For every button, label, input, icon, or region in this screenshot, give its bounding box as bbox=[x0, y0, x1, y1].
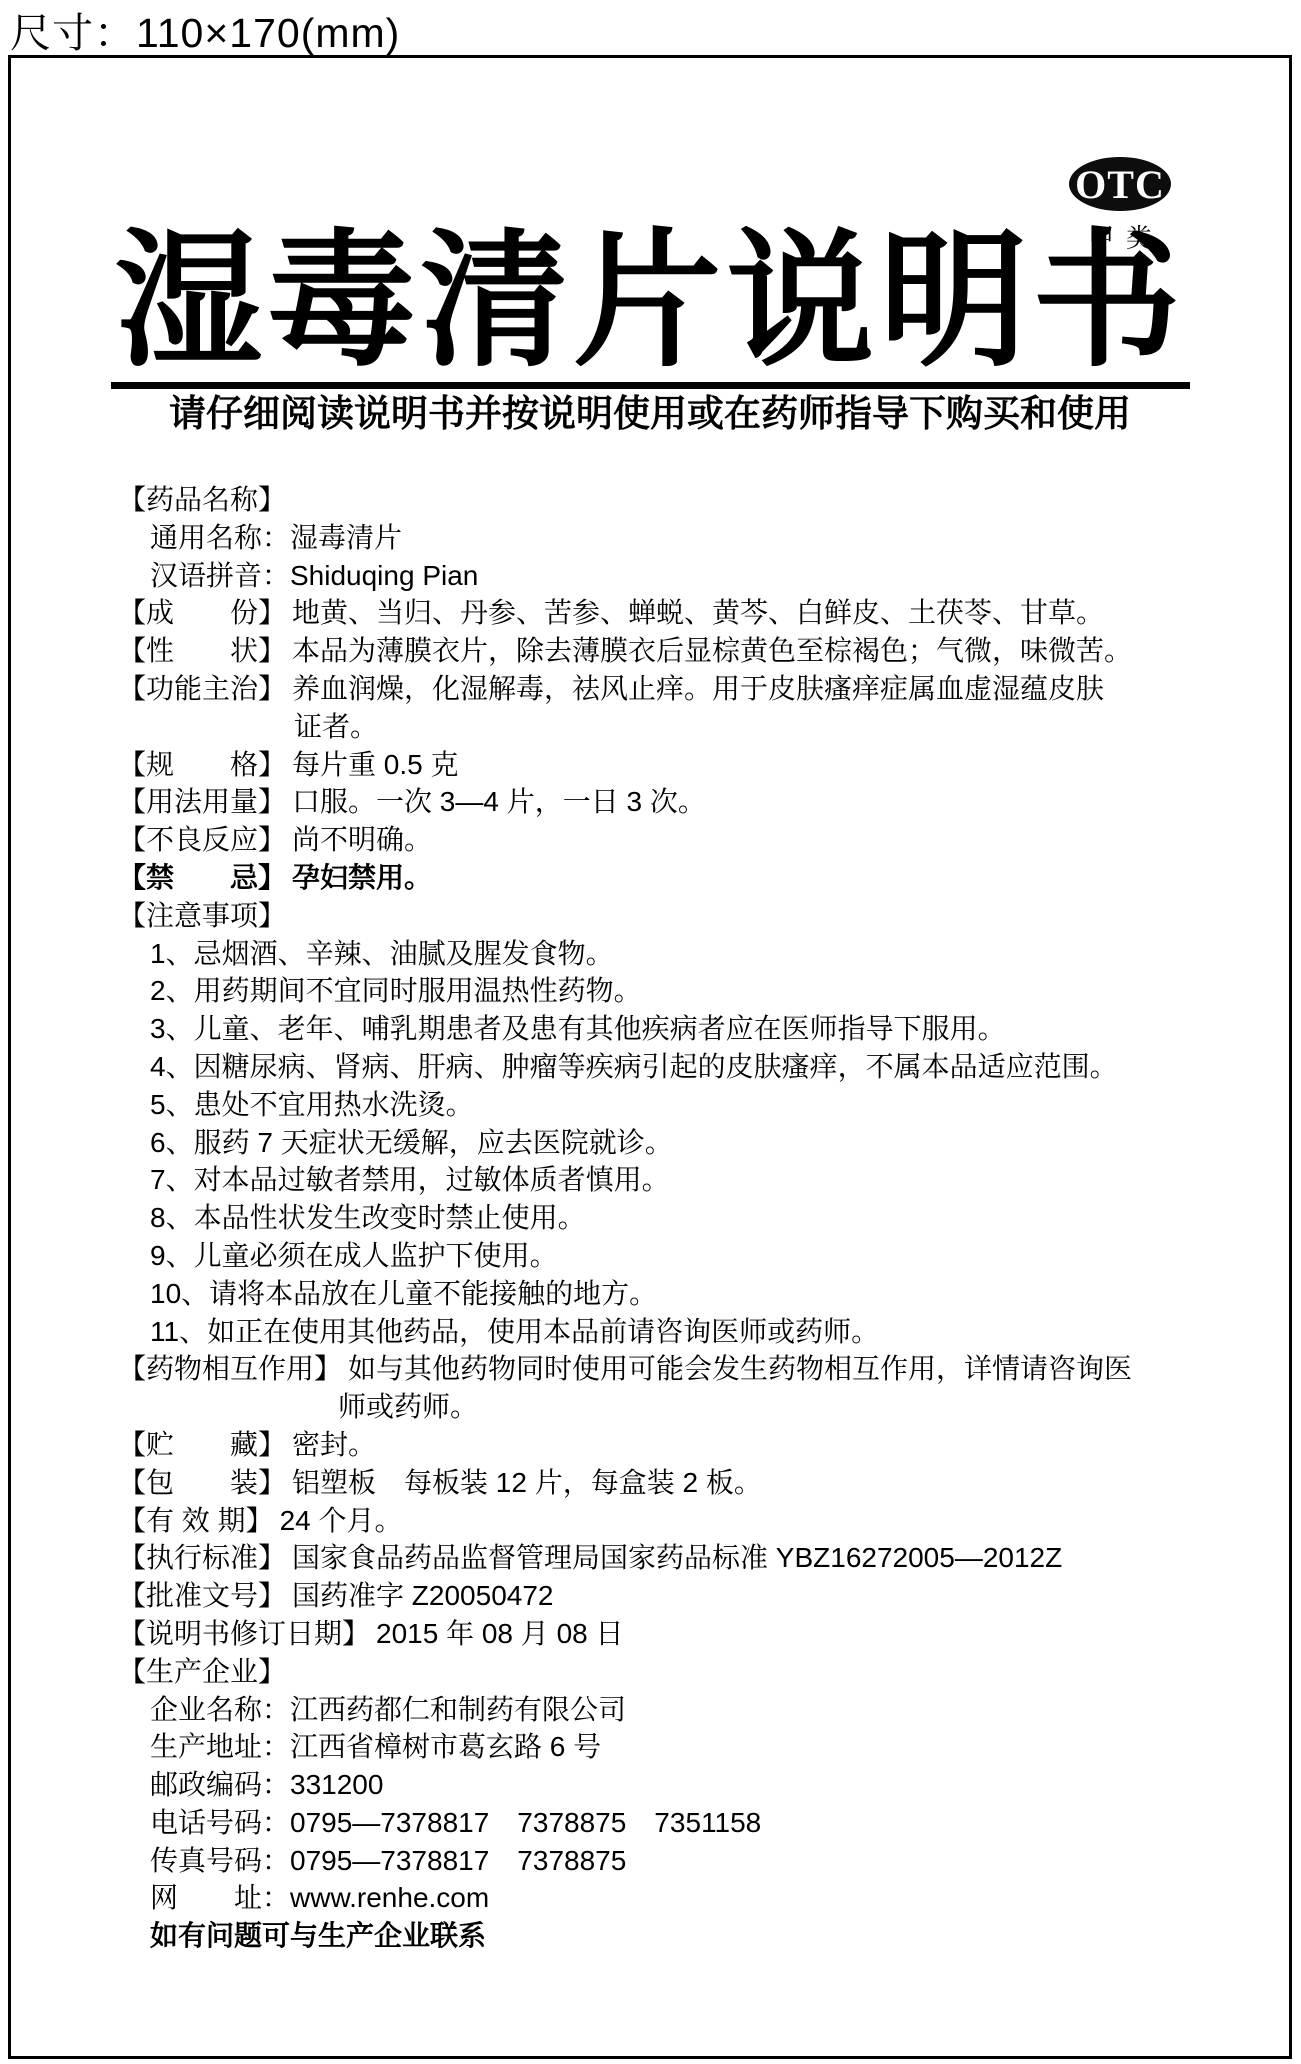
field-value: 如有问题可与生产企业联系 bbox=[150, 1920, 486, 1951]
field-label: 【药品名称】 bbox=[118, 484, 286, 515]
line-precaution-10: 10、请将本品放在儿童不能接触的地方。 bbox=[118, 1275, 1253, 1313]
field-value: 尚不明确。 bbox=[292, 824, 432, 855]
line-precautions-heading: 【注意事项】 bbox=[118, 897, 1253, 935]
field-label: 【包 装】 bbox=[118, 1467, 286, 1498]
line-postal-code: 邮政编码：331200 bbox=[118, 1766, 1253, 1804]
line-approval-number: 【批准文号】国药准字 Z20050472 bbox=[118, 1577, 1253, 1615]
field-label: 【说明书修订日期】 bbox=[118, 1618, 370, 1649]
field-value: 如与其他药物同时使用可能会发生药物相互作用，详情请咨询医 bbox=[348, 1353, 1132, 1384]
page: 尺寸：110×170(mm) OTC 甲类 湿毒清片说明书 请仔细阅读说明书并按… bbox=[0, 0, 1301, 2064]
line-standard: 【执行标准】国家食品药品监督管理局国家药品标准 YBZ16272005—2012… bbox=[118, 1539, 1253, 1577]
line-precaution-4: 4、因糖尿病、肾病、肝病、肿瘤等疾病引起的皮肤瘙痒，不属本品适应范围。 bbox=[118, 1048, 1253, 1086]
size-label: 尺寸：110×170(mm) bbox=[10, 0, 400, 59]
field-value: 孕妇禁用。 bbox=[292, 862, 432, 893]
line-indications: 【功能主治】养血润燥，化湿解毒，祛风止痒。用于皮肤瘙痒症属血虚湿蕴皮肤 bbox=[118, 670, 1253, 708]
title-block: 湿毒清片说明书 bbox=[11, 228, 1289, 389]
line-precaution-3: 3、儿童、老年、哺乳期患者及患有其他疾病者应在医师指导下服用。 bbox=[118, 1010, 1253, 1048]
line-strength: 【规 格】每片重 0.5 克 bbox=[118, 746, 1253, 784]
field-value: 网 址：www.renhe.com bbox=[150, 1882, 489, 1913]
line-contact-note: 如有问题可与生产企业联系 bbox=[118, 1917, 1253, 1955]
field-value: 传真号码：0795—7378817 7378875 bbox=[150, 1845, 626, 1876]
line-shelf-life: 【有 效 期】24 个月。 bbox=[118, 1502, 1253, 1540]
line-precaution-11: 11、如正在使用其他药品，使用本品前请咨询医师或药师。 bbox=[118, 1313, 1253, 1351]
field-label: 【生产企业】 bbox=[118, 1656, 286, 1687]
field-label: 【注意事项】 bbox=[118, 900, 286, 931]
line-precaution-6: 6、服药 7 天症状无缓解，应去医院就诊。 bbox=[118, 1124, 1253, 1162]
line-precaution-7: 7、对本品过敏者禁用，过敏体质者慎用。 bbox=[118, 1161, 1253, 1199]
field-label: 【批准文号】 bbox=[118, 1580, 286, 1611]
field-label: 【执行标准】 bbox=[118, 1542, 286, 1573]
line-revision-date: 【说明书修订日期】2015 年 08 月 08 日 bbox=[118, 1615, 1253, 1653]
otc-label: OTC bbox=[1075, 161, 1165, 208]
line-precaution-1: 1、忌烟酒、辛辣、油腻及腥发食物。 bbox=[118, 935, 1253, 973]
field-value: 每片重 0.5 克 bbox=[292, 749, 458, 780]
field-value: 8、本品性状发生改变时禁止使用。 bbox=[150, 1202, 586, 1233]
line-description: 【性 状】本品为薄膜衣片，除去薄膜衣后显棕黄色至棕褐色；气微，味微苦。 bbox=[118, 632, 1253, 670]
field-value: 4、因糖尿病、肾病、肝病、肿瘤等疾病引起的皮肤瘙痒，不属本品适应范围。 bbox=[150, 1051, 1118, 1082]
field-value: 通用名称：湿毒清片 bbox=[150, 522, 402, 553]
line-manufacturer-heading: 【生产企业】 bbox=[118, 1653, 1253, 1691]
usage-notice: 请仔细阅读说明书并按说明使用或在药师指导下购买和使用 bbox=[11, 390, 1289, 438]
line-fax: 传真号码：0795—7378817 7378875 bbox=[118, 1842, 1253, 1880]
line-company-name: 企业名称：江西药都仁和制药有限公司 bbox=[118, 1691, 1253, 1729]
field-value: 口服。一次 3—4 片，一日 3 次。 bbox=[292, 786, 706, 817]
line-pinyin: 汉语拼音：Shiduqing Pian bbox=[118, 557, 1253, 595]
field-value: 密封。 bbox=[292, 1429, 376, 1460]
line-adverse-reactions: 【不良反应】尚不明确。 bbox=[118, 821, 1253, 859]
line-address: 生产地址：江西省樟树市葛玄路 6 号 bbox=[118, 1728, 1253, 1766]
field-value: 地黄、当归、丹参、苦参、蝉蜕、黄芩、白鲜皮、土茯苓、甘草。 bbox=[292, 597, 1104, 628]
field-value: 电话号码：0795—7378817 7378875 7351158 bbox=[150, 1807, 761, 1838]
field-label: 【性 状】 bbox=[118, 635, 286, 666]
field-label: 【不良反应】 bbox=[118, 824, 286, 855]
line-website: 网 址：www.renhe.com bbox=[118, 1879, 1253, 1917]
line-indications-cont: 证者。 bbox=[118, 708, 1253, 746]
field-label: 【用法用量】 bbox=[118, 786, 286, 817]
line-precaution-9: 9、儿童必须在成人监护下使用。 bbox=[118, 1237, 1253, 1275]
leaflet-sheet: OTC 甲类 湿毒清片说明书 请仔细阅读说明书并按说明使用或在药师指导下购买和使… bbox=[8, 55, 1292, 2059]
field-label: 【有 效 期】 bbox=[118, 1505, 274, 1536]
line-precaution-8: 8、本品性状发生改变时禁止使用。 bbox=[118, 1199, 1253, 1237]
field-value: 5、患处不宜用热水洗烫。 bbox=[150, 1089, 474, 1120]
field-value: 9、儿童必须在成人监护下使用。 bbox=[150, 1240, 558, 1271]
leaflet-body: 【药品名称】 通用名称：湿毒清片 汉语拼音：Shiduqing Pian 【成 … bbox=[118, 481, 1253, 1955]
line-contraindications: 【禁 忌】孕妇禁用。 bbox=[118, 859, 1253, 897]
field-label: 【成 份】 bbox=[118, 597, 286, 628]
line-phone: 电话号码：0795—7378817 7378875 7351158 bbox=[118, 1804, 1253, 1842]
field-label: 【禁 忌】 bbox=[118, 862, 286, 893]
field-value: 证者。 bbox=[294, 711, 378, 742]
field-label: 【规 格】 bbox=[118, 749, 286, 780]
line-precaution-5: 5、患处不宜用热水洗烫。 bbox=[118, 1086, 1253, 1124]
line-dosage: 【用法用量】口服。一次 3—4 片，一日 3 次。 bbox=[118, 783, 1253, 821]
field-value: 国家食品药品监督管理局国家药品标准 YBZ16272005—2012Z bbox=[292, 1542, 1062, 1573]
field-value: 2015 年 08 月 08 日 bbox=[376, 1618, 623, 1649]
line-precaution-2: 2、用药期间不宜同时服用温热性药物。 bbox=[118, 972, 1253, 1010]
field-value: 邮政编码：331200 bbox=[150, 1769, 383, 1800]
field-value: 24 个月。 bbox=[280, 1505, 403, 1536]
line-generic-name: 通用名称：湿毒清片 bbox=[118, 519, 1253, 557]
field-label: 【功能主治】 bbox=[118, 673, 286, 704]
field-value: 师或药师。 bbox=[338, 1391, 478, 1422]
otc-oval-icon: OTC bbox=[1069, 157, 1171, 211]
line-packaging: 【包 装】铝塑板 每板装 12 片，每盒装 2 板。 bbox=[118, 1464, 1253, 1502]
field-value: 7、对本品过敏者禁用，过敏体质者慎用。 bbox=[150, 1164, 670, 1195]
page-title: 湿毒清片说明书 bbox=[111, 228, 1190, 389]
field-value: 企业名称：江西药都仁和制药有限公司 bbox=[150, 1694, 626, 1725]
field-value: 10、请将本品放在儿童不能接触的地方。 bbox=[150, 1278, 657, 1309]
field-value: 2、用药期间不宜同时服用温热性药物。 bbox=[150, 975, 642, 1006]
field-value: 6、服药 7 天症状无缓解，应去医院就诊。 bbox=[150, 1127, 673, 1158]
field-value: 生产地址：江西省樟树市葛玄路 6 号 bbox=[150, 1731, 601, 1762]
field-value: 3、儿童、老年、哺乳期患者及患有其他疾病者应在医师指导下服用。 bbox=[150, 1013, 1006, 1044]
field-value: 养血润燥，化湿解毒，祛风止痒。用于皮肤瘙痒症属血虚湿蕴皮肤 bbox=[292, 673, 1104, 704]
line-drug-interactions-cont: 师或药师。 bbox=[118, 1388, 1253, 1426]
field-value: 1、忌烟酒、辛辣、油腻及腥发食物。 bbox=[150, 938, 614, 969]
field-value: 铝塑板 每板装 12 片，每盒装 2 板。 bbox=[292, 1467, 762, 1498]
field-value: 本品为薄膜衣片，除去薄膜衣后显棕黄色至棕褐色；气微，味微苦。 bbox=[292, 635, 1132, 666]
field-value: 国药准字 Z20050472 bbox=[292, 1580, 553, 1611]
field-label: 【药物相互作用】 bbox=[118, 1353, 342, 1384]
line-drug-interactions: 【药物相互作用】如与其他药物同时使用可能会发生药物相互作用，详情请咨询医 bbox=[118, 1350, 1253, 1388]
line-storage: 【贮 藏】密封。 bbox=[118, 1426, 1253, 1464]
field-label: 【贮 藏】 bbox=[118, 1429, 286, 1460]
line-drug-name-heading: 【药品名称】 bbox=[118, 481, 1253, 519]
line-ingredients: 【成 份】地黄、当归、丹参、苦参、蝉蜕、黄芩、白鲜皮、土茯苓、甘草。 bbox=[118, 594, 1253, 632]
field-value: 汉语拼音：Shiduqing Pian bbox=[150, 560, 478, 591]
field-value: 11、如正在使用其他药品，使用本品前请咨询医师或药师。 bbox=[150, 1316, 879, 1347]
